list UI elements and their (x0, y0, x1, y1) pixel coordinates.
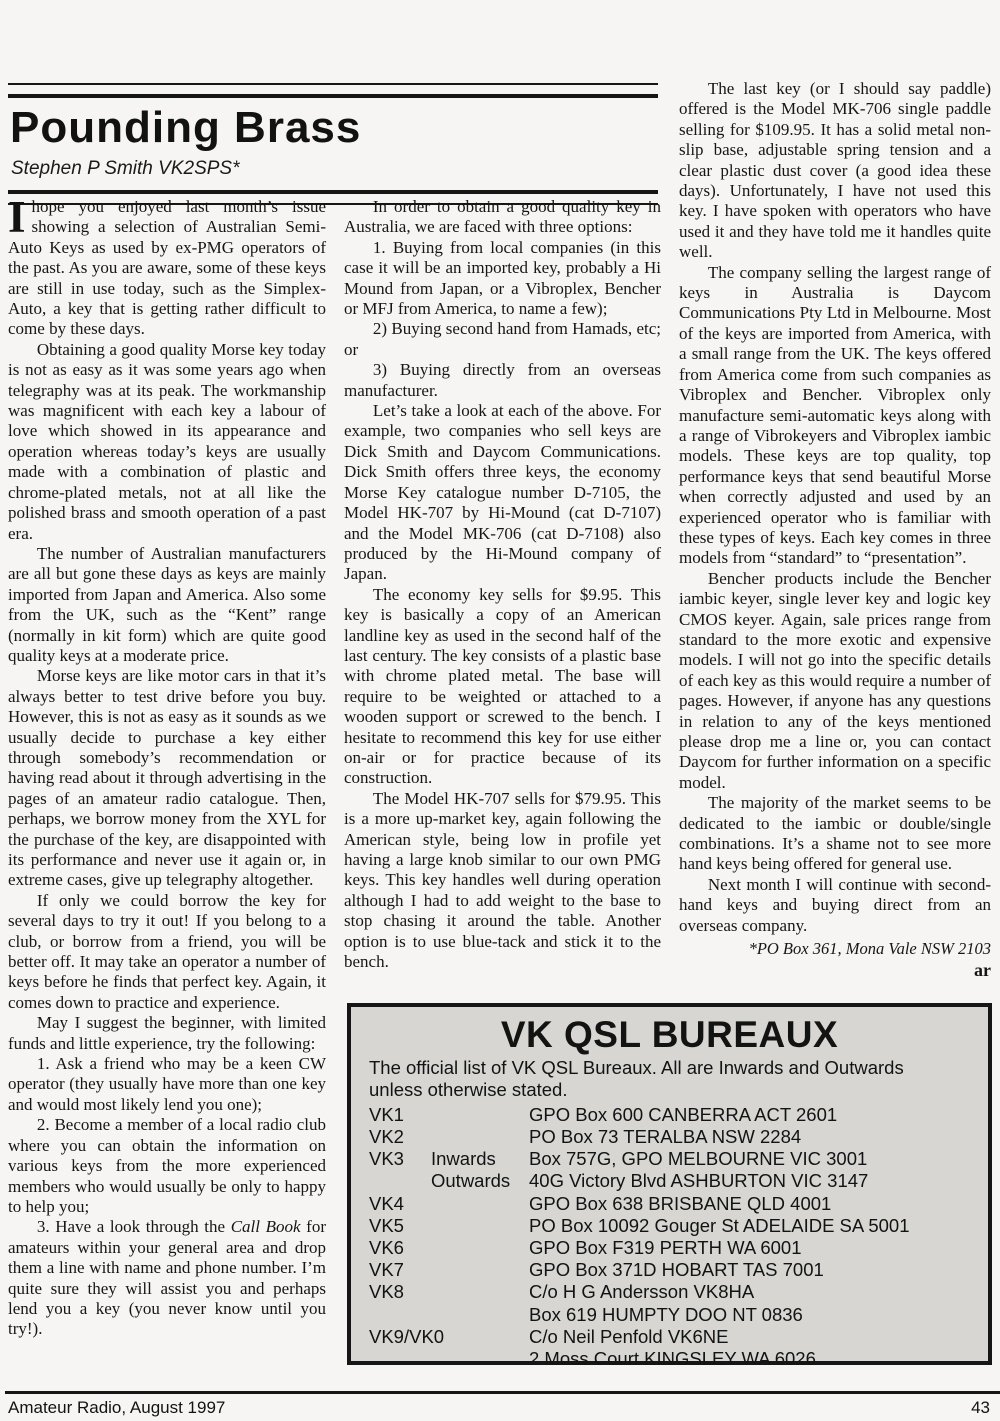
paragraph: The number of Australian manufacturers a… (8, 544, 326, 666)
article-header: Pounding Brass Stephen P Smith VK2SPS* (8, 83, 658, 205)
article-title: Pounding Brass (10, 106, 658, 150)
column-1: Ihope you enjoyed last month’s issue sho… (8, 197, 326, 1340)
list-item-3: 3) Buying directly from an overseas manu… (344, 360, 661, 401)
address-cell: 2 Moss Court KINGSLEY WA 6026 (529, 1348, 980, 1370)
table-row: VK4GPO Box 638 BRISBANE QLD 4001 (369, 1193, 980, 1215)
paragraph: Next month I will continue with second-h… (679, 875, 991, 936)
qsl-bureaux-box: VK QSL BUREAUX The official list of VK Q… (347, 1003, 992, 1365)
magazine-page: Pounding Brass Stephen P Smith VK2SPS* I… (0, 0, 1000, 1421)
callsign-cell: VK1 (369, 1104, 431, 1126)
paragraph: The majority of the market seems to be d… (679, 793, 991, 875)
list-item-3-text: 3. Have a look through the (37, 1217, 231, 1236)
direction-cell: Outwards (431, 1170, 529, 1192)
page-number: 43 (971, 1398, 990, 1418)
list-item-1: 1. Buying from local companies (in this … (344, 238, 661, 320)
address-cell: Box 619 HUMPTY DOO NT 0836 (529, 1304, 980, 1326)
direction-cell (431, 1348, 529, 1370)
article-end-mark: ar (679, 960, 991, 980)
direction-cell (431, 1193, 529, 1215)
direction-cell (431, 1304, 529, 1326)
callsign-cell: VK3 (369, 1148, 431, 1170)
callsign-cell: VK6 (369, 1237, 431, 1259)
callsign-cell: VK8 (369, 1281, 431, 1303)
table-row: Box 619 HUMPTY DOO NT 0836 (369, 1304, 980, 1326)
address-cell: C/o H G Andersson VK8HA (529, 1281, 980, 1303)
paragraph: Bencher products include the Bencher iam… (679, 569, 991, 793)
address-cell: 40G Victory Blvd ASHBURTON VIC 3147 (529, 1170, 980, 1192)
footer-rule (5, 1391, 1000, 1394)
qsl-box-title: VK QSL BUREAUX (351, 1016, 988, 1055)
paragraph: Morse keys are like motor cars in that i… (8, 666, 326, 890)
list-item-2: 2. Become a member of a local radio club… (8, 1115, 326, 1217)
direction-cell (431, 1215, 529, 1237)
callsign-cell: VK5 (369, 1215, 431, 1237)
address-cell: GPO Box F319 PERTH WA 6001 (529, 1237, 980, 1259)
table-row: VK9/VK0C/o Neil Penfold VK6NE (369, 1326, 980, 1348)
callsign-cell: VK2 (369, 1126, 431, 1148)
qsl-box-intro: The official list of VK QSL Bureaux. All… (369, 1057, 958, 1102)
paragraph: Let’s take a look at each of the above. … (344, 401, 661, 585)
list-item-2: 2) Buying second hand from Hamads, etc; … (344, 319, 661, 360)
paragraph: The economy key sells for $9.95. This ke… (344, 585, 661, 789)
table-row: Outwards40G Victory Blvd ASHBURTON VIC 3… (369, 1170, 980, 1192)
direction-cell (431, 1237, 529, 1259)
direction-cell (431, 1281, 529, 1303)
paragraph: The Model HK-707 sells for $79.95. This … (344, 789, 661, 973)
table-row: VK7GPO Box 371D HOBART TAS 7001 (369, 1259, 980, 1281)
direction-cell (431, 1326, 529, 1348)
column-3: The last key (or I should say paddle) of… (679, 79, 991, 981)
callsign-cell: VK4 (369, 1193, 431, 1215)
paragraph: In order to obtain a good quality key in… (344, 197, 661, 238)
direction-cell (431, 1104, 529, 1126)
table-row: VK1GPO Box 600 CANBERRA ACT 2601 (369, 1104, 980, 1126)
address-cell: C/o Neil Penfold VK6NE (529, 1326, 980, 1348)
address-cell: GPO Box 638 BRISBANE QLD 4001 (529, 1193, 980, 1215)
list-item-3: 3. Have a look through the Call Book for… (8, 1217, 326, 1339)
address-cell: PO Box 10092 Gouger St ADELAIDE SA 5001 (529, 1215, 980, 1237)
callsign-cell (369, 1304, 431, 1326)
callsign-cell: VK9/VK0 (369, 1326, 431, 1348)
column-2: In order to obtain a good quality key in… (344, 197, 661, 972)
table-row: VK5PO Box 10092 Gouger St ADELAIDE SA 50… (369, 1215, 980, 1237)
callsign-cell (369, 1348, 431, 1370)
address-cell: GPO Box 600 CANBERRA ACT 2601 (529, 1104, 980, 1126)
paragraph: The company selling the largest range of… (679, 263, 991, 569)
journal-footer: Amateur Radio, August 1997 (8, 1398, 225, 1418)
address-cell: Box 757G, GPO MELBOURNE VIC 3001 (529, 1148, 980, 1170)
call-book-italic: Call Book (231, 1217, 301, 1236)
address-cell: GPO Box 371D HOBART TAS 7001 (529, 1259, 980, 1281)
article-byline: Stephen P Smith VK2SPS* (11, 158, 658, 180)
address-cell: PO Box 73 TERALBA NSW 2284 (529, 1126, 980, 1148)
qsl-table: VK1GPO Box 600 CANBERRA ACT 2601 VK2PO B… (369, 1104, 980, 1370)
table-row: VK8C/o H G Andersson VK8HA (369, 1281, 980, 1303)
top-double-rule (8, 83, 658, 98)
direction-cell (431, 1126, 529, 1148)
table-row: VK6GPO Box F319 PERTH WA 6001 (369, 1237, 980, 1259)
drop-cap: I (8, 199, 26, 235)
direction-cell (431, 1259, 529, 1281)
table-row: 2 Moss Court KINGSLEY WA 6026 (369, 1348, 980, 1370)
paragraph: May I suggest the beginner, with limited… (8, 1013, 326, 1054)
paragraph: The last key (or I should say paddle) of… (679, 79, 991, 263)
callsign-cell: VK7 (369, 1259, 431, 1281)
callsign-cell (369, 1170, 431, 1192)
direction-cell: Inwards (431, 1148, 529, 1170)
paragraph-text: hope you enjoyed last month’s issue show… (8, 197, 326, 338)
paragraph: Obtaining a good quality Morse key today… (8, 340, 326, 544)
table-row: VK3InwardsBox 757G, GPO MELBOURNE VIC 30… (369, 1148, 980, 1170)
list-item-1: 1. Ask a friend who may be a keen CW ope… (8, 1054, 326, 1115)
paragraph: If only we could borrow the key for seve… (8, 891, 326, 1013)
table-row: VK2PO Box 73 TERALBA NSW 2284 (369, 1126, 980, 1148)
author-footnote: *PO Box 361, Mona Vale NSW 2103 (679, 939, 991, 959)
paragraph: Ihope you enjoyed last month’s issue sho… (8, 197, 326, 340)
